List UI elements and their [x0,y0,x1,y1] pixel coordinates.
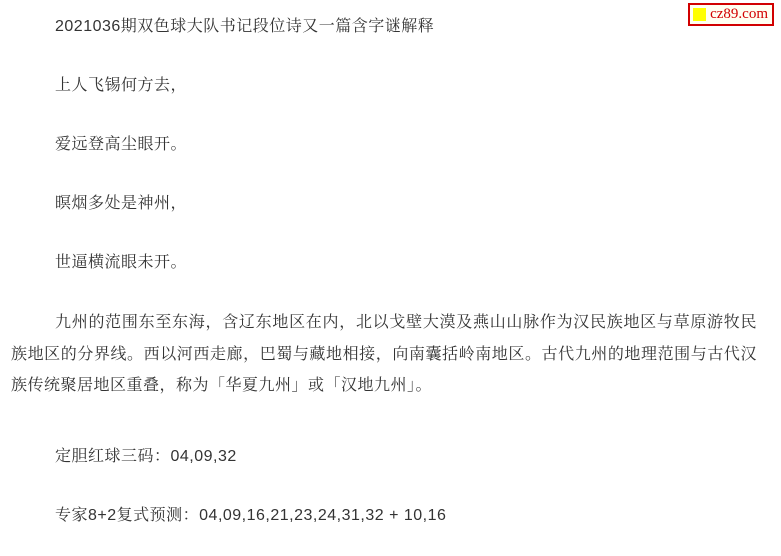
expert-prediction-line: 专家8+2复式预测：04,09,16,21,23,24,31,32 + 10,1… [11,501,757,531]
site-logo[interactable]: cz89.com [688,3,774,26]
poem-line-2: 爱远登高尘眼开。 [11,130,757,160]
dan-red-balls-line: 定胆红球三码：04,09,32 [11,442,757,472]
article-page: cz89.com 2021036期双色球大队书记段位诗又一篇含字谜解释 上人飞锡… [0,0,781,556]
article-content: 2021036期双色球大队书记段位诗又一篇含字谜解释 上人飞锡何方去， 爱远登高… [0,0,781,531]
logo-yellow-swatch-icon [693,8,706,21]
explanation-paragraph: 九州的范围东至东海，含辽东地区在内，北以戈壁大漠及燕山山脉作为汉民族地区与草原游… [11,307,757,402]
poem-line-3: 暝烟多处是神州， [11,189,757,219]
logo-text: cz89.com [710,7,768,22]
article-title: 2021036期双色球大队书记段位诗又一篇含字谜解释 [11,12,757,42]
poem-line-4: 世逼横流眼未开。 [11,248,757,278]
poem-line-1: 上人飞锡何方去， [11,71,757,101]
